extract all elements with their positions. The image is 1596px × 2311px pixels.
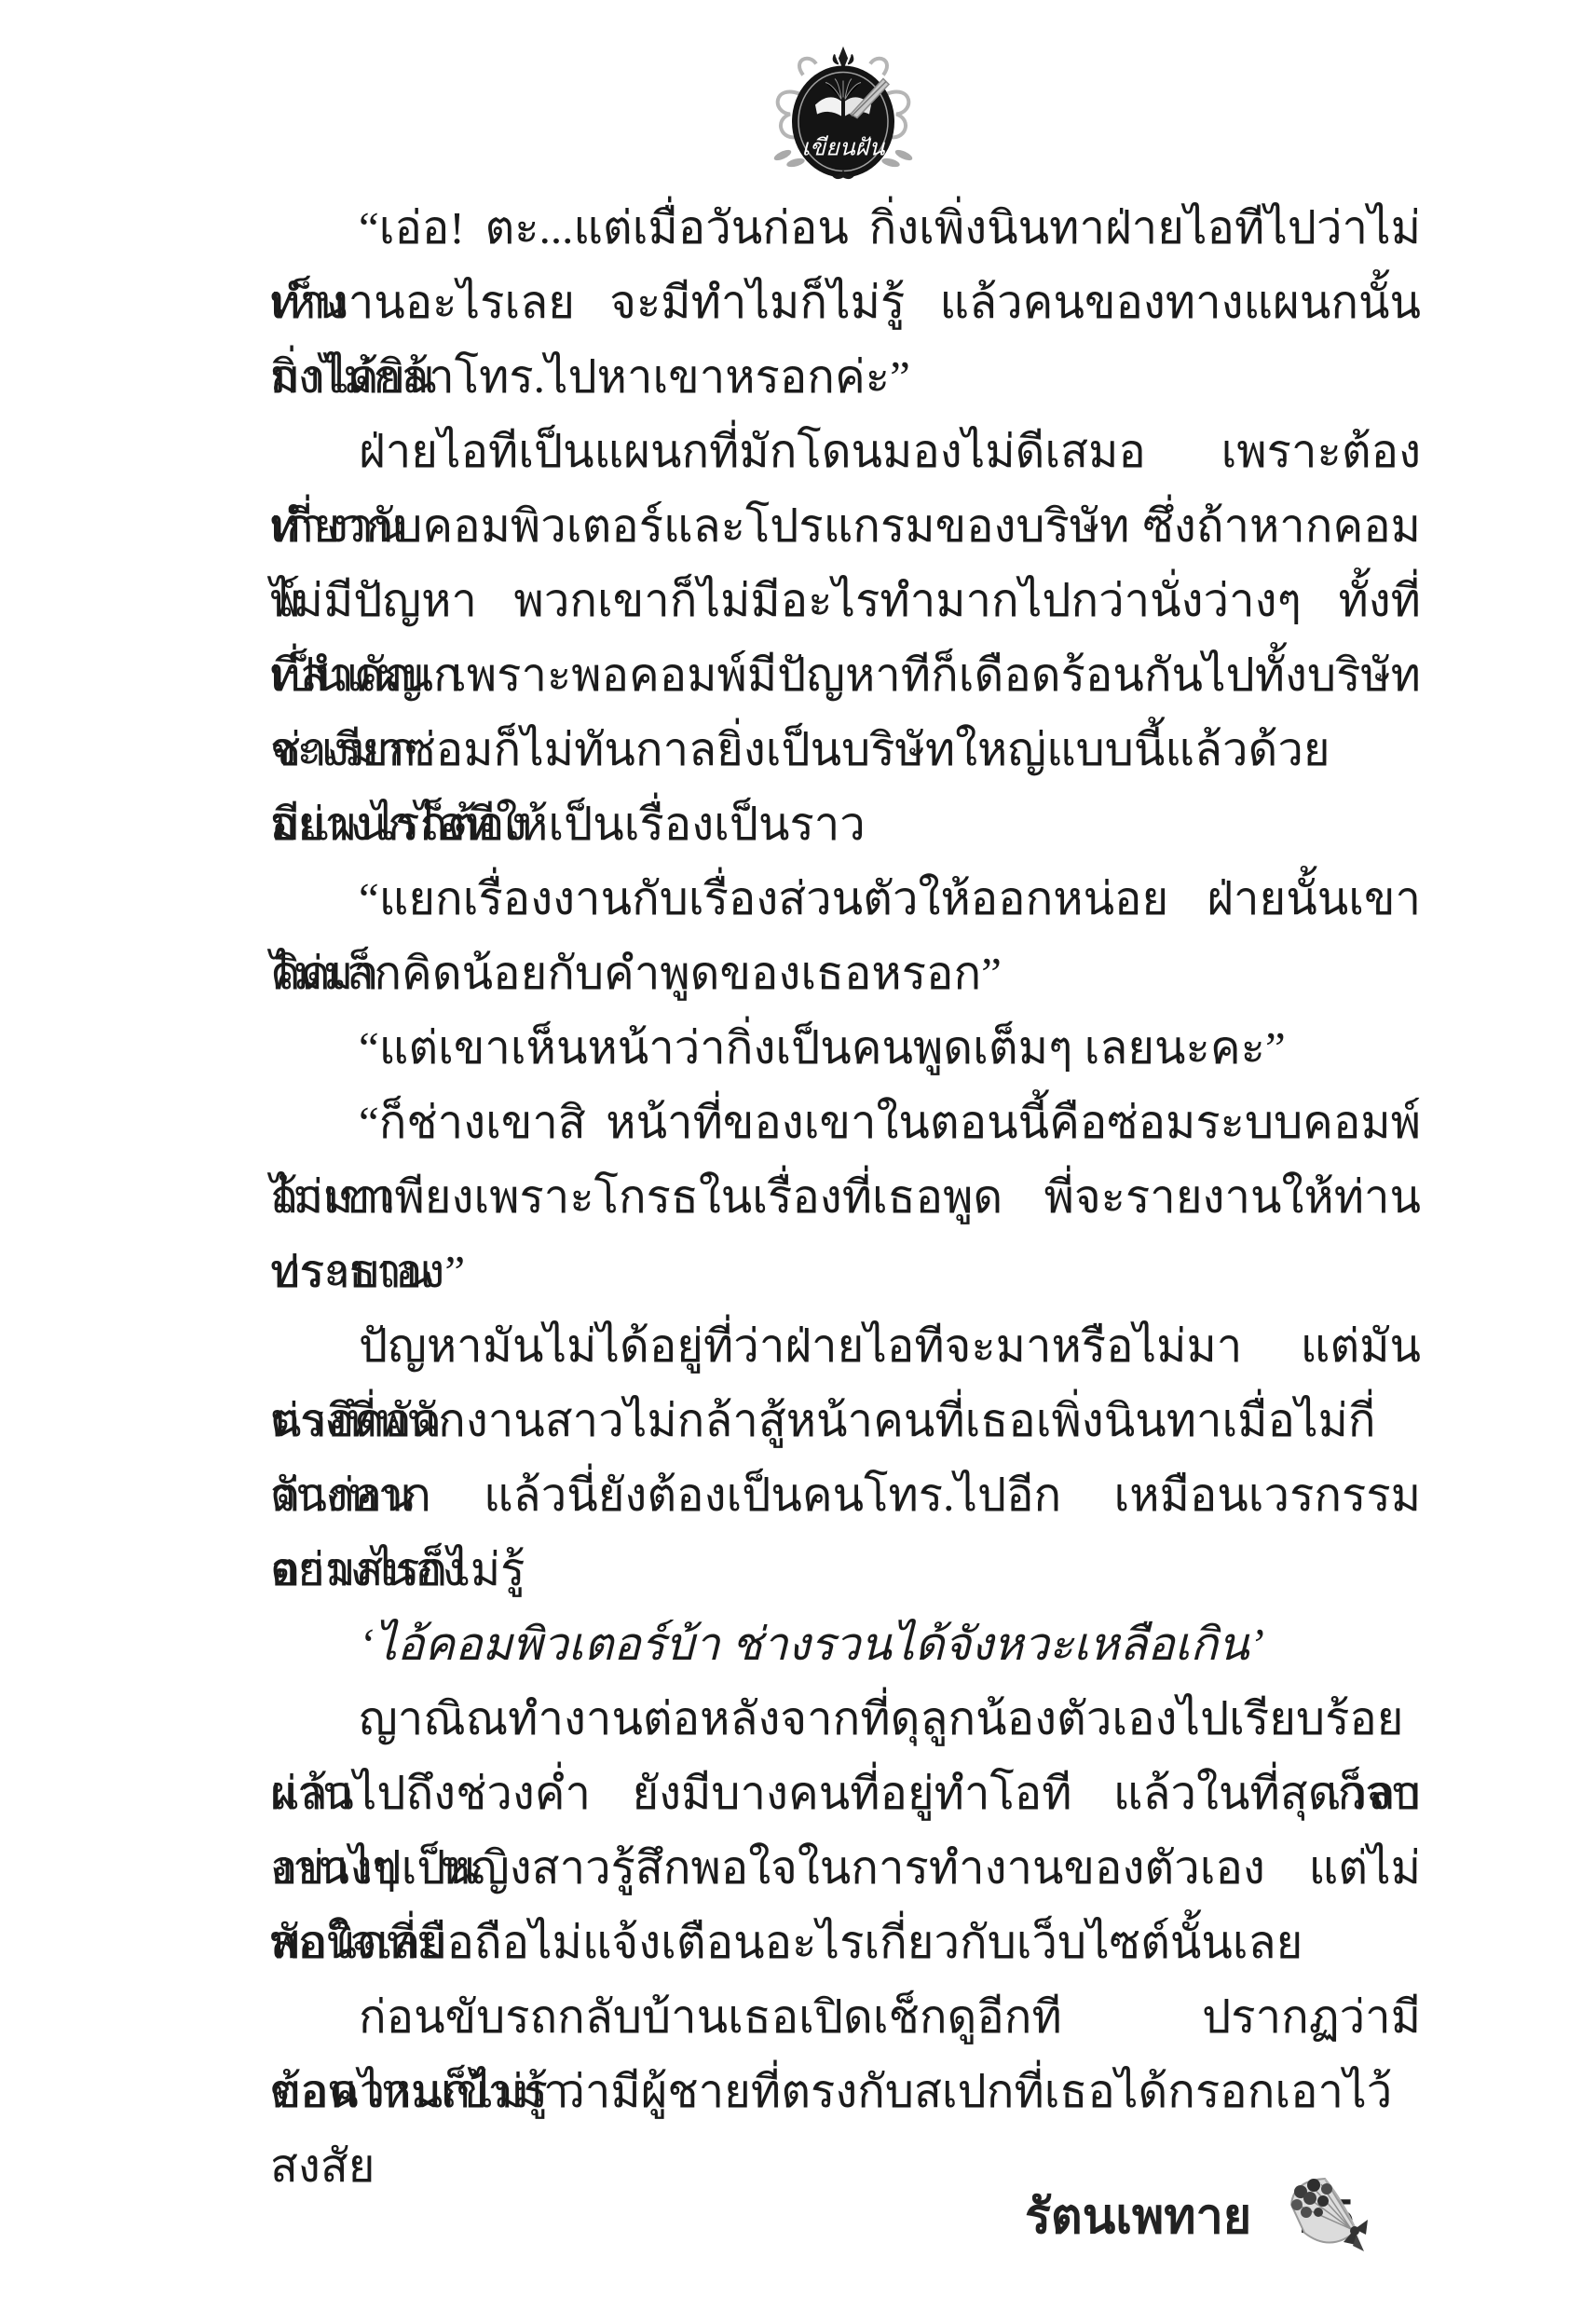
text-line: “แยกเรื่องงานกับเรื่องส่วนตัวให้ออกหน่อย… [270,862,1421,937]
text-line: ญาณิณทำงานต่อหลังจากที่ดุลูกน้องตัวเองไป… [270,1682,1421,1757]
logo-wordmark: เขียนฝัน [801,135,885,161]
text-line: มีแผนกไอทีให้เป็นเรื่องเป็นราว [270,787,1421,862]
text-line: “แต่เขาเห็นหน้าว่ากิ่งเป็นคนพูดเต็มๆ เลย… [270,1011,1421,1086]
text-line: ตรงที่พนักงานสาวไม่กล้าสู้หน้าคนที่เธอเพ… [270,1384,1421,1458]
text-line: ต่างหาก แล้วนี่ยังต้องเป็นคนโทร.ไปอีก เห… [270,1458,1421,1533]
bouquet-icon [1286,2173,1374,2266]
text-line: สักนิดที่มือถือไม่แจ้งเตือนอะไรเกี่ยวกับ… [270,1906,1421,1980]
text-line: ทำงานอะไรเลย จะมีทำไมก็ไม่รู้ แล้วคนของท… [270,266,1421,340]
text-line: ช่างมาซ่อมก็ไม่ทันกาลยิ่งเป็นบริษัทใหญ่แ… [270,713,1421,787]
crown-finial-icon [834,49,853,68]
book-page: เขียนฝัน “เอ่อ! ตะ...แต่เมื่อวันก่อน กิ่… [0,0,1596,2311]
text-line: ไม่มีปัญหา พวกเขาก็ไม่มีอะไรทำมากไปกว่าน… [270,564,1421,638]
body-text: “เอ่อ! ตะ...แต่เมื่อวันก่อน กิ่งเพิ่งนิน… [270,191,1421,2129]
text-line: ก่อนขับรถกลับบ้านเธอเปิดเช็กดูอีกที ปราก… [270,1980,1421,2055]
text-line: ไม่มาเพียงเพราะโกรธในเรื่องที่เธอพูด พี่… [270,1160,1421,1235]
text-line: ปัญหามันไม่ได้อยู่ที่ว่าฝ่ายไอทีจะมาหรือ… [270,1309,1421,1384]
book-title: รัตนเพทาย [1025,2177,1251,2254]
text-line: “ก็ช่างเขาสิ หน้าที่ของเขาในตอนนี้คือซ่อ… [270,1086,1421,1160]
text-line: อย่างๆ หญิงสาวรู้สึกพอใจในการทำงานของตัว… [270,1831,1421,1906]
text-line: ทราบเอง” [270,1235,1421,1309]
text-line: “เอ่อ! ตะ...แต่เมื่อวันก่อน กิ่งเพิ่งนิน… [270,191,1421,266]
publisher-logo: เขียนฝัน [755,45,932,185]
text-line: คิดเล็กคิดน้อยกับคำพูดของเธอหรอก” [270,937,1421,1011]
text-line: เกี่ยวกับคอมพิวเตอร์และโปรแกรมของบริษัท … [270,489,1421,564]
text-line: ตอนไหนก็ไม่รู้ ว่ามีผู้ชายที่ตรงกับสเปกท… [270,2055,1421,2129]
text-line: อย่างไรก็ไม่รู้ [270,1533,1421,1607]
text-line: กิ่งไม่กล้าโทร.ไปหาเขาหรอกค่ะ” [270,340,1421,415]
text-line: ผ่านไปถึงช่วงค่ำ ยังมีบางคนที่อยู่ทำโอที… [270,1757,1421,1831]
text-line: ฝ่ายไอทีเป็นแผนกที่มักโดนมองไม่ดีเสมอ เพ… [270,415,1421,489]
text-line: ที่สำคัญ เพราะพอคอมพ์มีปัญหาทีก็เดือดร้อ… [270,638,1421,713]
page-footer: รัตนเพทาย 25 [0,2171,1596,2274]
inner-thought-line: ‘ไอ้คอมพิวเตอร์บ้า ช่างรวนได้จังหวะเหลือ… [270,1607,1421,1682]
